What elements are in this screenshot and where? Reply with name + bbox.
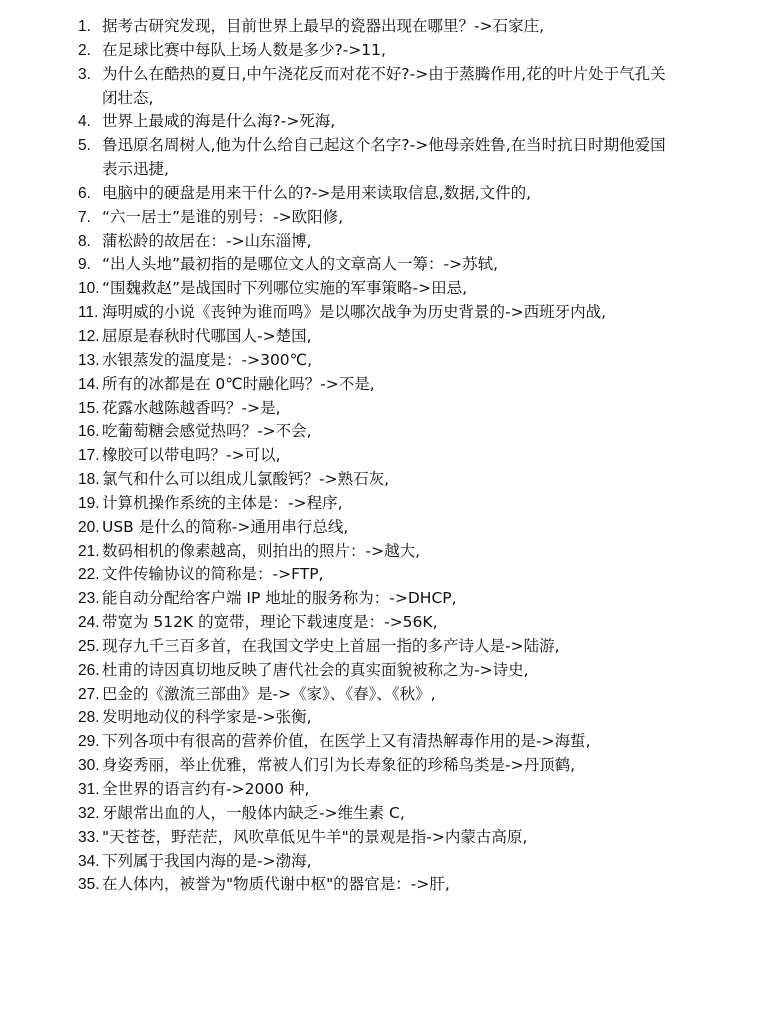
- list-item: 3.为什么在酷热的夏日,中午浇花反而对花不好?->由于蒸腾作用,花的叶片处于气孔…: [78, 63, 678, 111]
- item-number: 30.: [78, 754, 102, 778]
- list-item: 2.在足球比赛中每队上场人数是多少?->11,: [78, 39, 678, 63]
- item-number: 4.: [78, 110, 102, 134]
- list-item: 17.橡胶可以带电吗？->可以,: [78, 444, 678, 468]
- list-item: 25.现存九千三百多首，在我国文学史上首屈一指的多产诗人是->陆游,: [78, 635, 678, 659]
- list-item: 13.水银蒸发的温度是：->300℃,: [78, 349, 678, 373]
- list-item: 28.发明地动仪的科学家是->张衡,: [78, 706, 678, 730]
- list-item: 31.全世界的语言约有->2000 种,: [78, 778, 678, 802]
- item-number: 23.: [78, 587, 102, 611]
- item-number: 11.: [78, 301, 102, 325]
- list-item: 19.计算机操作系统的主体是：->程序,: [78, 492, 678, 516]
- item-text: “出人头地”最初指的是哪位文人的文章高人一筹：->苏轼,: [102, 253, 678, 277]
- list-item: 34.下列属于我国内海的是->渤海,: [78, 850, 678, 874]
- item-number: 9.: [78, 253, 102, 277]
- item-text: 屈原是春秋时代哪国人->楚国,: [102, 325, 678, 349]
- item-text: 在足球比赛中每队上场人数是多少?->11,: [102, 39, 678, 63]
- item-text: 带宽为 512K 的宽带，理论下载速度是：->56K,: [102, 611, 678, 635]
- item-text: 水银蒸发的温度是：->300℃,: [102, 349, 678, 373]
- item-number: 2.: [78, 39, 102, 63]
- list-item: 22.文件传输协议的简称是：->FTP,: [78, 563, 678, 587]
- list-item: 4.世界上最咸的海是什么海?->死海,: [78, 110, 678, 134]
- item-text: 杜甫的诗因真切地反映了唐代社会的真实面貌被称之为->诗史,: [102, 659, 678, 683]
- list-item: 10.“围魏救赵”是战国时下列哪位实施的军事策略->田忌,: [78, 277, 678, 301]
- list-item: 32.牙龈常出血的人，一般体内缺乏->维生素 C,: [78, 802, 678, 826]
- item-number: 5.: [78, 134, 102, 182]
- item-number: 31.: [78, 778, 102, 802]
- item-number: 20.: [78, 516, 102, 540]
- item-text: 吃葡萄糖会感觉热吗？->不会,: [102, 420, 678, 444]
- item-number: 1.: [78, 15, 102, 39]
- item-number: 26.: [78, 659, 102, 683]
- item-text: 现存九千三百多首，在我国文学史上首屈一指的多产诗人是->陆游,: [102, 635, 678, 659]
- list-item: 8.蒲松龄的故居在：->山东淄博,: [78, 230, 678, 254]
- item-number: 29.: [78, 730, 102, 754]
- list-item: 30.身姿秀丽，举止优雅，常被人们引为长寿象征的珍稀鸟类是->丹顶鹤,: [78, 754, 678, 778]
- list-item: 18.氯气和什么可以组成儿氯酸钙？->熟石灰,: [78, 468, 678, 492]
- item-text: USB 是什么的简称->通用串行总线,: [102, 516, 678, 540]
- item-text: 计算机操作系统的主体是：->程序,: [102, 492, 678, 516]
- list-item: 29.下列各项中有很高的营养价值，在医学上又有清热解毒作用的是->海蜇,: [78, 730, 678, 754]
- item-number: 8.: [78, 230, 102, 254]
- item-number: 35.: [78, 873, 102, 897]
- item-number: 18.: [78, 468, 102, 492]
- list-item: 9.“出人头地”最初指的是哪位文人的文章高人一筹：->苏轼,: [78, 253, 678, 277]
- item-text: “围魏救赵”是战国时下列哪位实施的军事策略->田忌,: [102, 277, 678, 301]
- quiz-document: 1.据考古研究发现，目前世界上最早的瓷器出现在哪里？->石家庄,2.在足球比赛中…: [78, 15, 678, 897]
- item-number: 28.: [78, 706, 102, 730]
- item-number: 21.: [78, 540, 102, 564]
- item-text: 下列各项中有很高的营养价值，在医学上又有清热解毒作用的是->海蜇,: [102, 730, 678, 754]
- list-item: 15.花露水越陈越香吗？->是,: [78, 397, 678, 421]
- item-number: 3.: [78, 63, 102, 111]
- item-text: 据考古研究发现，目前世界上最早的瓷器出现在哪里？->石家庄,: [102, 15, 678, 39]
- item-text: 世界上最咸的海是什么海?->死海,: [102, 110, 678, 134]
- item-number: 15.: [78, 397, 102, 421]
- list-item: 12.屈原是春秋时代哪国人->楚国,: [78, 325, 678, 349]
- item-number: 6.: [78, 182, 102, 206]
- item-number: 16.: [78, 420, 102, 444]
- item-number: 32.: [78, 802, 102, 826]
- item-text: 为什么在酷热的夏日,中午浇花反而对花不好?->由于蒸腾作用,花的叶片处于气孔关闭…: [102, 63, 678, 111]
- item-number: 27.: [78, 683, 102, 707]
- item-number: 19.: [78, 492, 102, 516]
- item-number: 25.: [78, 635, 102, 659]
- item-text: 下列属于我国内海的是->渤海,: [102, 850, 678, 874]
- item-number: 17.: [78, 444, 102, 468]
- list-item: 26.杜甫的诗因真切地反映了唐代社会的真实面貌被称之为->诗史,: [78, 659, 678, 683]
- item-text: 巴金的《激流三部曲》是->《家》、《春》、《秋》,: [102, 683, 678, 707]
- item-text: 海明威的小说《丧钟为谁而鸣》是以哪次战争为历史背景的->西班牙内战,: [102, 301, 678, 325]
- item-number: 7.: [78, 206, 102, 230]
- item-text: 牙龈常出血的人，一般体内缺乏->维生素 C,: [102, 802, 678, 826]
- list-item: 7.“六一居士”是谁的别号：->欧阳修,: [78, 206, 678, 230]
- item-text: "天苍苍，野茫茫，风吹草低见牛羊"的景观是指->内蒙古高原,: [102, 826, 678, 850]
- list-item: 20.USB 是什么的简称->通用串行总线,: [78, 516, 678, 540]
- item-text: 蒲松龄的故居在：->山东淄博,: [102, 230, 678, 254]
- list-item: 33."天苍苍，野茫茫，风吹草低见牛羊"的景观是指->内蒙古高原,: [78, 826, 678, 850]
- item-number: 10.: [78, 277, 102, 301]
- list-item: 6.电脑中的硬盘是用来干什么的?->是用来读取信息,数据,文件的,: [78, 182, 678, 206]
- item-number: 22.: [78, 563, 102, 587]
- list-item: 27.巴金的《激流三部曲》是->《家》、《春》、《秋》,: [78, 683, 678, 707]
- list-item: 24.带宽为 512K 的宽带，理论下载速度是：->56K,: [78, 611, 678, 635]
- item-text: 文件传输协议的简称是：->FTP,: [102, 563, 678, 587]
- item-text: 氯气和什么可以组成儿氯酸钙？->熟石灰,: [102, 468, 678, 492]
- item-text: 能自动分配给客户端 IP 地址的服务称为：->DHCP,: [102, 587, 678, 611]
- item-number: 34.: [78, 850, 102, 874]
- list-item: 16.吃葡萄糖会感觉热吗？->不会,: [78, 420, 678, 444]
- item-text: 花露水越陈越香吗？->是,: [102, 397, 678, 421]
- item-text: 橡胶可以带电吗？->可以,: [102, 444, 678, 468]
- item-number: 14.: [78, 373, 102, 397]
- item-number: 12.: [78, 325, 102, 349]
- list-item: 21.数码相机的像素越高，则拍出的照片：->越大,: [78, 540, 678, 564]
- list-item: 11.海明威的小说《丧钟为谁而鸣》是以哪次战争为历史背景的->西班牙内战,: [78, 301, 678, 325]
- item-text: 身姿秀丽，举止优雅，常被人们引为长寿象征的珍稀鸟类是->丹顶鹤,: [102, 754, 678, 778]
- item-text: 在人体内，被誉为"物质代谢中枢"的器官是：->肝,: [102, 873, 678, 897]
- item-text: 电脑中的硬盘是用来干什么的?->是用来读取信息,数据,文件的,: [102, 182, 678, 206]
- list-item: 5.鲁迅原名周树人,他为什么给自己起这个名字?->他母亲姓鲁,在当时抗日时期他爱…: [78, 134, 678, 182]
- item-text: 数码相机的像素越高，则拍出的照片：->越大,: [102, 540, 678, 564]
- item-text: 发明地动仪的科学家是->张衡,: [102, 706, 678, 730]
- item-text: 全世界的语言约有->2000 种,: [102, 778, 678, 802]
- list-item: 23.能自动分配给客户端 IP 地址的服务称为：->DHCP,: [78, 587, 678, 611]
- list-item: 14.所有的冰都是在 0℃时融化吗？->不是,: [78, 373, 678, 397]
- item-number: 13.: [78, 349, 102, 373]
- list-item: 35.在人体内，被誉为"物质代谢中枢"的器官是：->肝,: [78, 873, 678, 897]
- list-item: 1.据考古研究发现，目前世界上最早的瓷器出现在哪里？->石家庄,: [78, 15, 678, 39]
- item-number: 24.: [78, 611, 102, 635]
- item-text: 鲁迅原名周树人,他为什么给自己起这个名字?->他母亲姓鲁,在当时抗日时期他爱国表…: [102, 134, 678, 182]
- item-text: “六一居士”是谁的别号：->欧阳修,: [102, 206, 678, 230]
- item-number: 33.: [78, 826, 102, 850]
- item-text: 所有的冰都是在 0℃时融化吗？->不是,: [102, 373, 678, 397]
